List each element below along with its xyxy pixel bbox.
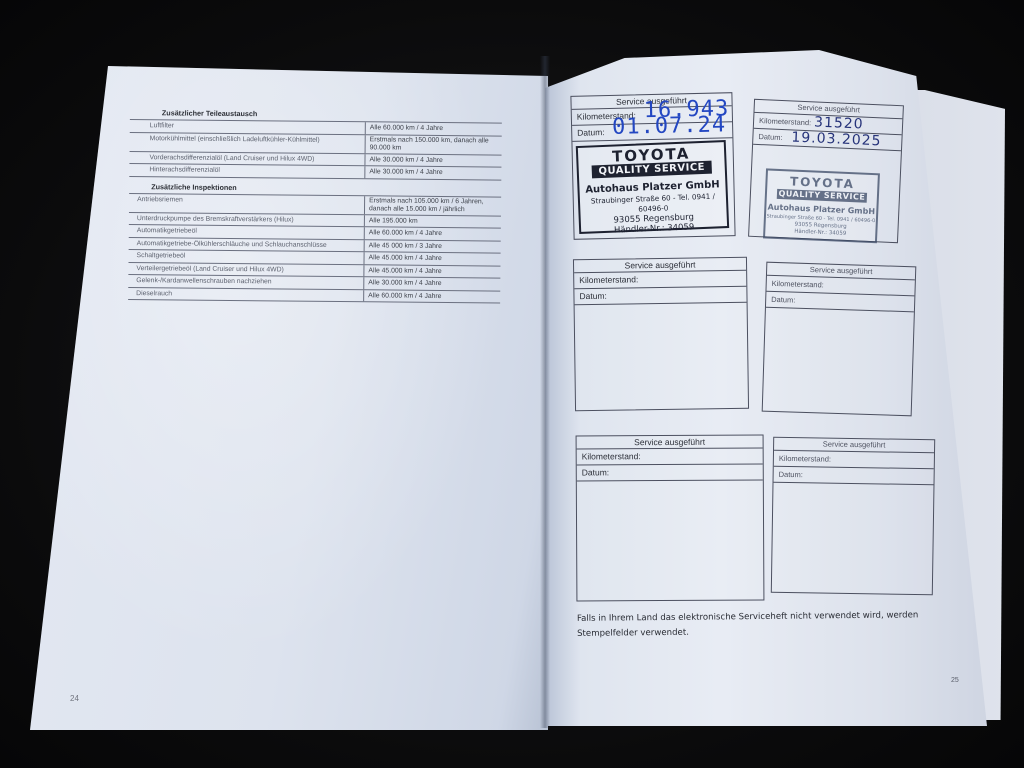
page-number: 25 [951,677,959,684]
interval-cell: Erstmals nach 105.000 km / 6 Jahren, dan… [364,196,501,215]
table-row: Motorkühlmittel (einschließlich Ladeluft… [130,131,502,154]
parts-rows: Luftfilter Alle 60.000 km / 4 Jahre Moto… [129,119,502,180]
dealer-stamp: TOYOTA QUALITY SERVICE Autohaus Platzer … [576,140,729,234]
service-entry-4: Service ausgeführt Kilometerstand: Datum… [762,262,917,417]
maintenance-table: Zusätzlicher Teileaustausch Luftfilter A… [128,106,502,304]
date-label: Datum: [582,467,609,477]
item-cell: Motorkühlmittel (einschließlich Ladeluft… [130,132,365,152]
service-entry-1: Service ausgeführt Kilometerstand: 16.94… [570,92,735,240]
date-row: Datum: 01.07.24 [572,122,732,142]
mileage-label: Kilometerstand: [779,454,831,464]
service-entry-2: Service ausgeführt Kilometerstand: 31520… [748,99,904,243]
date-row: Datum: [766,292,914,313]
page-24: Zusätzlicher Teileaustausch Luftfilter A… [30,66,548,730]
date-label: Datum: [758,132,783,142]
interval-cell: Alle 60.000 km / 4 Jahre [363,290,500,303]
mileage-label: Kilometerstand: [579,274,638,285]
booklet-spine [540,56,550,728]
date-row: Datum: [774,467,934,486]
mileage-label: Kilometerstand: [582,451,641,461]
date-row: Datum: [574,287,746,305]
item-cell: Luftfilter [130,120,365,134]
date-row: Datum: [577,465,763,482]
mileage-label: Kilometerstand: [772,279,824,290]
item-cell: Dieselrauch [128,287,363,301]
item-cell: Vorderachsdifferenzialöl (Land Cruiser u… [129,151,364,165]
interval-cell: Alle 60.000 km / 4 Jahre [364,227,501,240]
interval-cell: Alle 45 000 km / 3 Jahre [364,240,501,253]
date-value: 01.07.24 [612,114,726,139]
footnote-text: Falls in Ihrem Land das elektronische Se… [577,608,937,642]
page-number: 24 [70,694,79,703]
service-entry-3: Service ausgeführt Kilometerstand: Datum… [573,257,749,411]
item-cell: Unterdruckpumpe des Bremskraftverstärker… [129,212,364,226]
page-25: Service ausgeführt Kilometerstand: 16.94… [545,50,987,726]
item-cell: Automatikgetriebeöl [129,225,364,239]
inspection-rows: Antriebsriemen Erstmals nach 105.000 km … [128,192,501,303]
date-label: Datum: [779,470,803,479]
item-cell: Antriebsriemen [129,193,364,213]
date-label: Datum: [579,291,607,301]
date-label: Datum: [577,127,605,138]
date-row: Datum: 19.03.2025 [753,129,902,151]
item-cell: Gelenk-/Kardanwellenschrauben nachziehen [128,275,363,289]
date-value: 19.03.2025 [791,126,882,152]
entry-title: Service ausgeführt [577,436,763,450]
date-label: Datum: [771,295,795,305]
dealer-stamp: TOYOTA QUALITY SERVICE Autohaus Platzer … [763,168,880,243]
table-row: Antriebsriemen Erstmals nach 105.000 km … [129,192,501,215]
interval-cell: Alle 45.000 km / 4 Jahre [363,252,500,265]
service-entry-6: Service ausgeführt Kilometerstand: Datum… [771,437,935,596]
item-cell: Hinterachsdifferenzialöl [129,164,364,178]
interval-cell: Alle 30.000 km / 4 Jahre [364,154,501,167]
interval-cell: Alle 60.000 km / 4 Jahre [365,122,502,135]
item-cell: Verteilergetriebeöl (Land Cruiser und Hi… [128,262,363,276]
interval-cell: Alle 195.000 km [364,215,501,228]
mileage-label: Kilometerstand: [759,116,811,127]
interval-cell: Alle 45.000 km / 4 Jahre [363,265,500,278]
interval-cell: Erstmals nach 150.000 km, danach alle 90… [365,135,502,154]
interval-cell: Alle 30.000 km / 4 Jahre [363,277,500,290]
service-entry-5: Service ausgeführt Kilometerstand: Datum… [576,435,765,602]
item-cell: Automatikgetriebe-Ölkühlerschläuche und … [129,237,364,251]
item-cell: Schaltgetriebeöl [129,250,364,264]
interval-cell: Alle 30.000 km / 4 Jahre [364,166,501,179]
mileage-row: Kilometerstand: [577,449,763,466]
